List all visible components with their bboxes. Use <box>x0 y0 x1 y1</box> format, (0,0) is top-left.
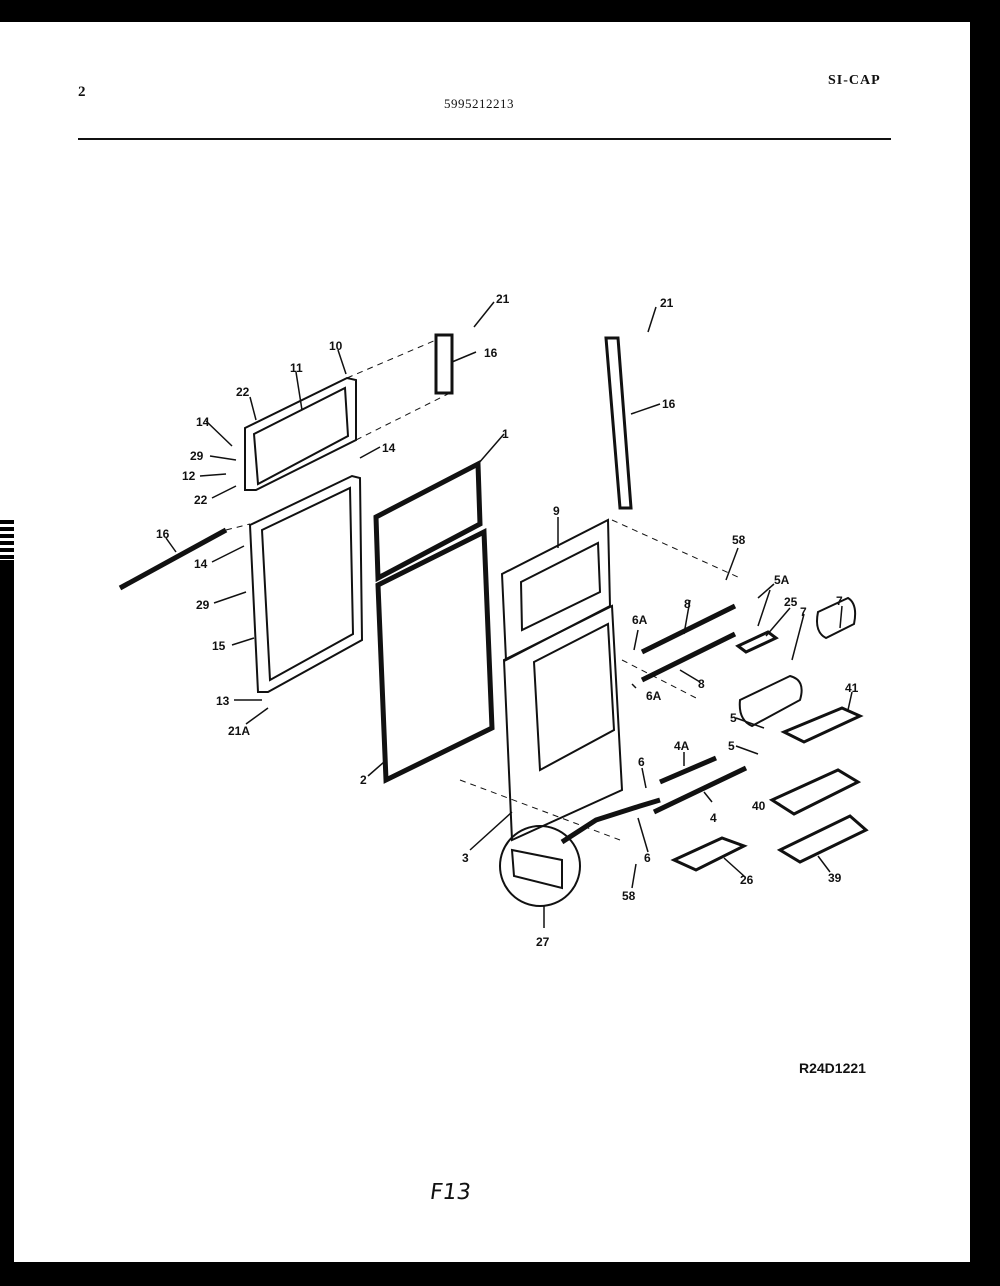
freezer-liner <box>502 520 610 660</box>
callout-9: 9 <box>553 504 560 518</box>
exploded-parts-diagram: 21 16 10 11 22 14 29 12 22 14 1 21 16 16… <box>0 0 1000 1286</box>
callout-15: 15 <box>212 639 226 653</box>
callout-14: 14 <box>194 557 208 571</box>
callout-labels: 21 16 10 11 22 14 29 12 22 14 1 21 16 16… <box>156 292 859 949</box>
callout-21: 21 <box>496 292 510 306</box>
callout-25: 25 <box>784 595 798 609</box>
drawing-reference-code: R24D1221 <box>799 1060 866 1076</box>
callout-3: 3 <box>462 851 469 865</box>
callout-5: 5 <box>730 711 737 725</box>
callout-1: 1 <box>502 427 509 441</box>
callout-13: 13 <box>216 694 230 708</box>
fresh-food-liner <box>504 606 622 840</box>
callout-22: 22 <box>236 385 250 399</box>
callout-8: 8 <box>684 597 691 611</box>
callout-16: 16 <box>156 527 170 541</box>
callout-4A: 4A <box>674 739 690 753</box>
callout-21A: 21A <box>228 724 250 738</box>
callout-6: 6 <box>644 851 651 865</box>
callout-41: 41 <box>845 681 859 695</box>
callout-5: 5 <box>728 739 735 753</box>
callout-16: 16 <box>484 346 498 360</box>
callout-2: 2 <box>360 773 367 787</box>
callout-14: 14 <box>196 415 210 429</box>
freezer-door-frame <box>245 378 356 490</box>
callout-12: 12 <box>182 469 196 483</box>
fresh-food-door-frame <box>250 476 362 692</box>
callout-26: 26 <box>740 873 754 887</box>
rail-upper <box>642 606 735 652</box>
handle-trim-left <box>120 530 226 588</box>
callout-6: 6 <box>638 755 645 769</box>
callout-29: 29 <box>196 598 210 612</box>
fresh-food-handle <box>606 338 631 508</box>
callout-58: 58 <box>732 533 746 547</box>
callout-16: 16 <box>662 397 676 411</box>
callout-11: 11 <box>290 361 303 375</box>
rail-lower <box>642 634 735 680</box>
callout-8: 8 <box>698 677 705 691</box>
callout-4: 4 <box>710 811 717 825</box>
freezer-handle <box>436 335 452 393</box>
callout-6A: 6A <box>646 689 662 703</box>
callout-21: 21 <box>660 296 674 310</box>
callout-10: 10 <box>329 339 343 353</box>
callout-58: 58 <box>622 889 636 903</box>
callout-5A: 5A <box>774 573 790 587</box>
callout-40: 40 <box>752 799 766 813</box>
handwritten-note: F13 <box>428 1180 472 1205</box>
callout-6A: 6A <box>632 613 648 627</box>
callout-7: 7 <box>836 594 843 608</box>
callout-29: 29 <box>190 449 204 463</box>
callout-7: 7 <box>800 605 807 619</box>
callout-39: 39 <box>828 871 842 885</box>
callout-22: 22 <box>194 493 208 507</box>
callout-27: 27 <box>536 935 550 949</box>
callout-14: 14 <box>382 441 396 455</box>
